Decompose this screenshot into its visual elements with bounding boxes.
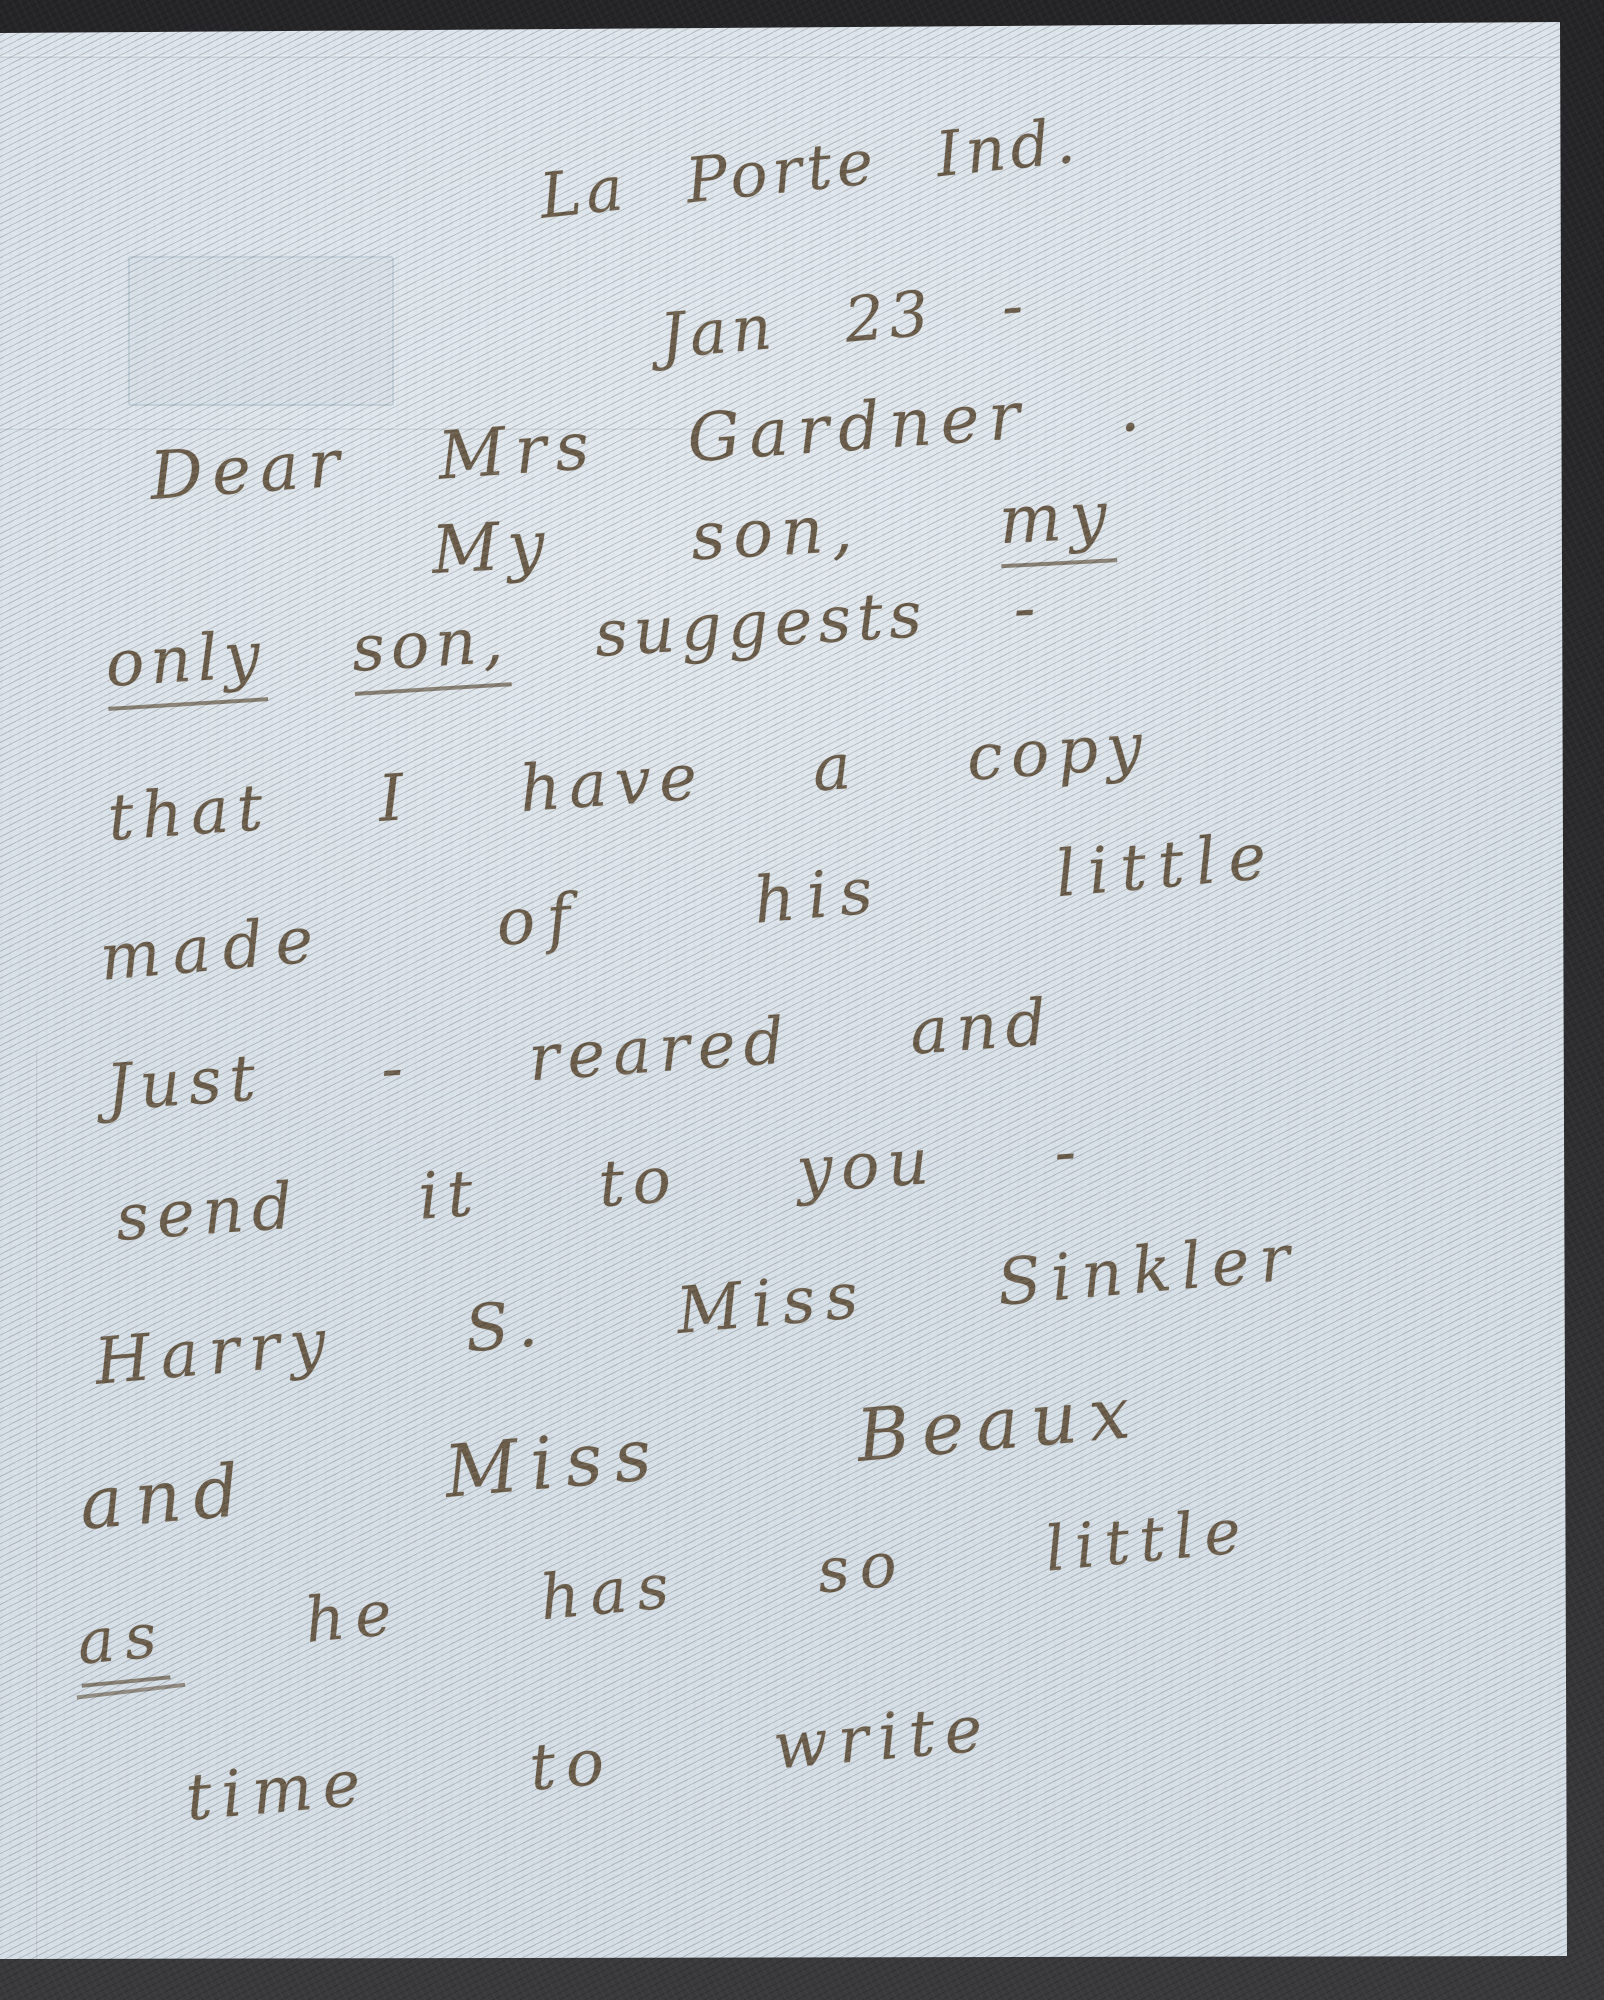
handwritten-text: and Miss Beaux xyxy=(76,1369,1145,1546)
letter-line-date: Jan 23 - xyxy=(657,268,1031,373)
letter-line-body: only son, suggests - xyxy=(103,571,1044,711)
handwritten-text xyxy=(264,613,355,692)
fold-crease-top xyxy=(0,55,1568,58)
letter-line-body: made of his little xyxy=(97,819,1281,996)
handwritten-text: that I have a copy xyxy=(105,709,1152,856)
handwritten-text: Harry S. Miss Sinkler xyxy=(92,1221,1303,1400)
photo-backdrop: La Porte Ind. Jan 23 - Dear Mrs Gardner … xyxy=(0,0,1604,2000)
handwritten-text: time to write xyxy=(183,1692,995,1836)
handwritten-text: send it to you - xyxy=(113,1114,1086,1256)
letter-line-body: send it to you - xyxy=(113,1114,1086,1256)
handwritten-text: he has so little xyxy=(162,1493,1253,1670)
fold-crease-vertical xyxy=(36,1050,39,1962)
letter-line-body: and Miss Beaux xyxy=(76,1369,1145,1546)
letter-line-body: time to write xyxy=(183,1692,995,1836)
letter-line-body: that I have a copy xyxy=(105,709,1152,856)
letter-line-body: Just - reared and xyxy=(103,986,1056,1126)
handwritten-text: made of his little xyxy=(97,819,1281,996)
handwritten-text: La Porte Ind. xyxy=(536,104,1083,233)
letter-paper: La Porte Ind. Jan 23 - Dear Mrs Gardner … xyxy=(0,0,1568,1962)
handwritten-text: Dear Mrs Gardner . xyxy=(147,368,1151,515)
handwritten-text: suggests - xyxy=(506,571,1043,677)
letter-line-body: as he has so little xyxy=(74,1493,1255,1688)
handwritten-text: My son, xyxy=(430,482,1001,589)
handwritten-text: Just - reared and xyxy=(103,986,1056,1126)
handwritten-text-underlined: only xyxy=(103,618,268,711)
handwritten-text: Jan 23 - xyxy=(657,268,1031,373)
show-through-mark xyxy=(128,256,394,406)
handwritten-text-underlined: my xyxy=(997,476,1117,568)
handwritten-text-underlined: son, xyxy=(350,603,512,695)
fold-crease-middle xyxy=(0,427,972,430)
handwritten-text-underlined: as xyxy=(74,1598,170,1688)
letter-line-body: My son, my xyxy=(430,476,1117,598)
letter-line-place: La Porte Ind. xyxy=(536,104,1083,233)
letter-line-salutation: Dear Mrs Gardner . xyxy=(147,368,1151,515)
letter-line-body: Harry S. Miss Sinkler xyxy=(92,1221,1303,1400)
